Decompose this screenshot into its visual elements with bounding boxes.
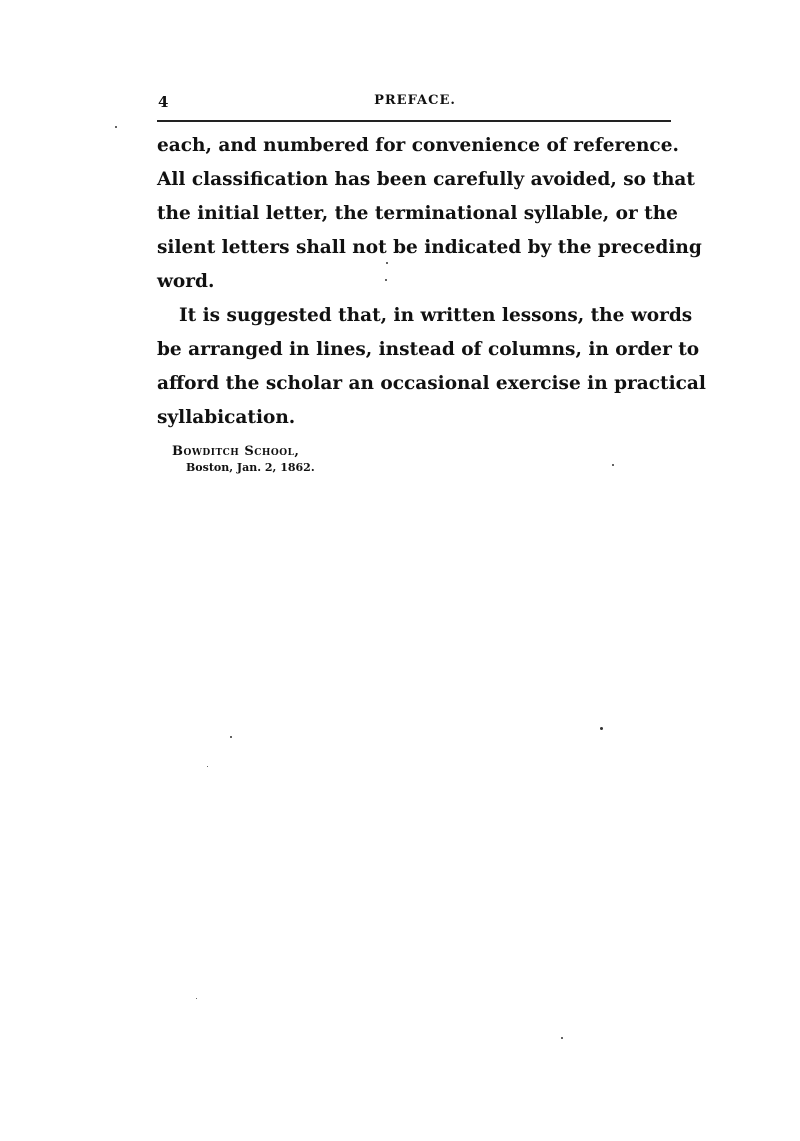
running-head: PREFACE.	[0, 93, 800, 108]
scan-speck	[600, 727, 603, 730]
text-line: be arranged in lines, instead of columns…	[157, 333, 672, 367]
scan-speck	[196, 998, 197, 999]
scan-speck	[386, 262, 388, 264]
scan-speck	[561, 1037, 563, 1039]
scan-speck	[207, 766, 208, 767]
signature-school: Bowditch School,	[172, 444, 315, 460]
text-line: syllabication.	[157, 401, 672, 435]
text-line: It is suggested that, in written lessons…	[157, 299, 672, 333]
signature: Bowditch School, Boston, Jan. 2, 1862.	[172, 444, 315, 476]
scan-speck	[385, 279, 387, 281]
text-line: each, and numbered for convenience of re…	[157, 129, 672, 163]
paragraph-2: It is suggested that, in written lessons…	[157, 299, 672, 435]
text-line: word.	[157, 265, 672, 299]
text-line: the initial letter, the terminational sy…	[157, 197, 672, 231]
header-rule	[157, 120, 671, 122]
signature-place-date: Boston, Jan. 2, 1862.	[172, 460, 315, 476]
paragraph-1: each, and numbered for convenience of re…	[157, 129, 672, 299]
scan-speck	[612, 464, 614, 466]
preface-body: each, and numbered for convenience of re…	[157, 129, 672, 435]
text-line: silent letters shall not be indicated by…	[157, 231, 672, 265]
text-line: All classification has been carefully av…	[157, 163, 672, 197]
scan-speck	[115, 126, 117, 128]
scan-speck	[230, 736, 232, 738]
text-line: afford the scholar an occasional exercis…	[157, 367, 672, 401]
